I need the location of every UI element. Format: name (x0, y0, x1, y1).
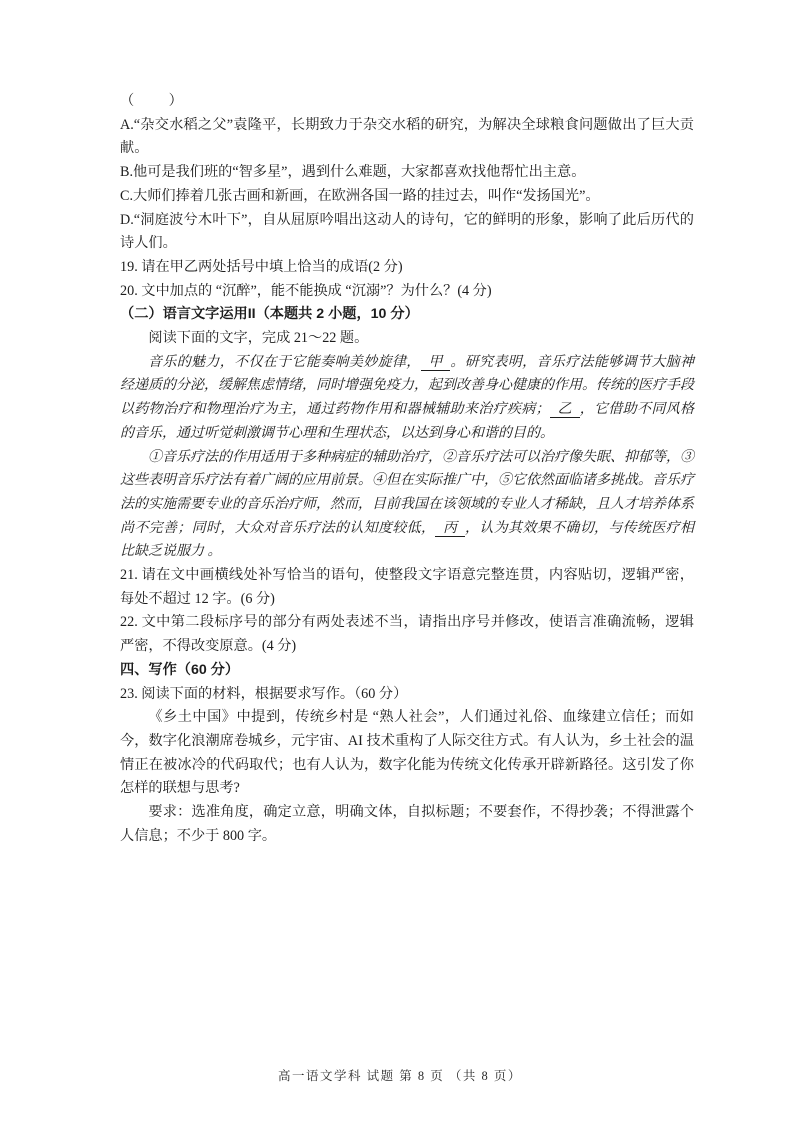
passage-paragraph-2: ①音乐疗法的作用适用于多种病症的辅助治疗，②音乐疗法可以治疗像失眠、抑郁等，③这… (120, 446, 694, 565)
fill-blank-jia: 甲 (421, 355, 451, 371)
option-a: A.“杂交水稻之父”袁隆平，长期致力于杂交水稻的研究，为解决全球粮食问题做出了巨… (120, 114, 694, 161)
page-footer: 高一语文学科 试题 第 8 页 （共 8 页） (0, 1066, 800, 1084)
page-footer-text: 高一语文学科 试题 第 8 页 （共 8 页） (278, 1069, 522, 1083)
question-19: 19. 请在甲乙两处括号中填上恰当的成语(2 分) (120, 256, 694, 280)
reading-instruction: 阅读下面的文字，完成 21～22 题。 (120, 327, 694, 351)
passage-paragraph-1: 音乐的魅力，不仅在于它能奏响美妙旋律，甲。研究表明，音乐疗法能够调节大脑神经递质… (120, 351, 694, 446)
section-2-header: （二）语言文字运用II（本题共 2 小题，10 分） (120, 303, 694, 327)
question-20: 20. 文中加点的 “沉醉”，能不能换成 “沉溺”？为什么？(4 分) (120, 280, 694, 304)
question-23: 23. 阅读下面的材料，根据要求写作。（60 分） (120, 683, 694, 707)
essay-requirements: 要求：选准角度，确定立意，明确文体，自拟标题；不要套作，不得抄袭；不得泄露个人信… (120, 801, 694, 848)
option-c: C.大师们捧着几张古画和新画，在欧洲各国一路的挂过去，叫作“发扬国光”。 (120, 185, 694, 209)
fill-blank-bing: 丙 (435, 521, 465, 537)
option-d: D.“洞庭波兮木叶下”，自从屈原吟唱出这动人的诗句，它的鲜明的形象，影响了此后历… (120, 209, 694, 256)
exam-page: （ ） A.“杂交水稻之父”袁隆平，长期致力于杂交水稻的研究，为解决全球粮食问题… (0, 0, 800, 1131)
question-21: 21. 请在文中画横线处补写恰当的语句，使整段文字语意完整连贯，内容贴切，逻辑严… (120, 564, 694, 611)
essay-material: 《乡土中国》中提到，传统乡村是 “熟人社会”，人们通过礼俗、血缘建立信任；而如今… (120, 706, 694, 801)
fill-blank-yi: 乙 (550, 402, 580, 418)
section-4-header: 四、写作（60 分） (120, 659, 694, 683)
answer-blank-parens: （ ） (120, 90, 694, 114)
passage-1-segment-1: 音乐的魅力，不仅在于它能奏响美妙旋律， (148, 355, 421, 370)
exam-content: （ ） A.“杂交水稻之父”袁隆平，长期致力于杂交水稻的研究，为解决全球粮食问题… (120, 90, 694, 849)
question-22: 22. 文中第二段标序号的部分有两处表述不当，请指出序号并修改，使语言准确流畅，… (120, 611, 694, 658)
option-b: B.他可是我们班的“智多星”，遇到什么难题，大家都喜欢找他帮忙出主意。 (120, 161, 694, 185)
